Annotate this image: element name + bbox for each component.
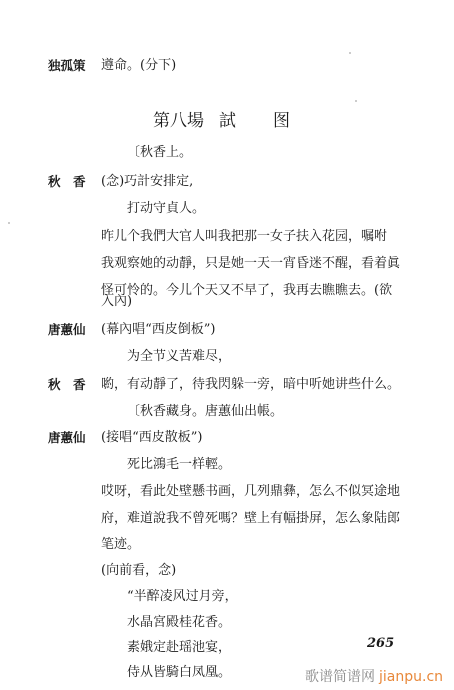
poem-line: “半醉凌风过月旁， bbox=[127, 589, 238, 605]
watermark-site: 歌谱简谱网 bbox=[305, 669, 375, 685]
dialogue-line: 喲，有动靜了，待我閃躲一旁，暗中听她讲些什么。 bbox=[101, 377, 400, 393]
dialogue-line: (接唱“西皮散板”) bbox=[101, 430, 202, 446]
stage-direction: 〔秋香上。 bbox=[127, 145, 192, 161]
speaker-name: 秋 香 bbox=[48, 377, 86, 393]
dialogue-line: 死比鴻毛一样輕。 bbox=[127, 457, 231, 473]
scan-speck bbox=[355, 100, 357, 102]
dialogue-line: 打动守貞人。 bbox=[127, 201, 205, 217]
dialogue-line: (念)巧計安排定, bbox=[101, 174, 193, 190]
watermark: 歌谱简谱网jianpu.cn bbox=[305, 666, 443, 686]
dialogue-line: 府，难道說我不曾死嗎？壁上有幅掛屏，怎么象陆郎 bbox=[101, 511, 400, 527]
dialogue-line: 哎呀，看此处壁懸书画，几列鼎彝，怎么不似冥途地 bbox=[101, 484, 400, 500]
speaker-name: 秋 香 bbox=[48, 174, 86, 190]
dialogue-line: (向前看，念) bbox=[101, 563, 176, 579]
page-number: 265 bbox=[367, 636, 394, 651]
watermark-url: jianpu.cn bbox=[379, 669, 443, 685]
dialogue-line: 怪可怜的。今儿个天又不早了，我再去瞧瞧去。(欲 bbox=[101, 283, 392, 299]
poem-line: 素娥定赴瑶池宴， bbox=[127, 640, 231, 656]
scan-speck bbox=[349, 52, 351, 54]
poem-line: 水晶宮殿桂花香。 bbox=[127, 615, 231, 631]
dialogue-line: 为全节义苦难尽， bbox=[127, 349, 231, 365]
scene-title-word: 試 bbox=[219, 110, 236, 132]
stage-direction: 〔秋香藏身。唐蕙仙出帳。 bbox=[127, 404, 283, 420]
dialogue-line: 入內) bbox=[101, 294, 132, 310]
scan-speck bbox=[8, 222, 10, 224]
dialogue-line: 遵命。(分下) bbox=[101, 58, 176, 74]
poem-line: 侍从皆騎白凤凰。 bbox=[127, 665, 231, 681]
dialogue-line: 我观察她的动靜，只是她一天一宵昏迷不醒，看着眞 bbox=[101, 256, 400, 272]
dialogue-line: 昨儿个我們大官人叫我把那一女子扶入花园，嘱咐 bbox=[101, 229, 387, 245]
scene-number: 第八場 bbox=[153, 110, 204, 132]
speaker-name: 唐蕙仙 bbox=[48, 430, 86, 446]
dialogue-line: (幕內唱“西皮倒板”) bbox=[101, 322, 215, 338]
scene-title-word: 图 bbox=[273, 110, 290, 132]
speaker-name: 独孤策 bbox=[48, 58, 86, 74]
dialogue-line: 笔迹。 bbox=[101, 537, 140, 553]
speaker-name: 唐蕙仙 bbox=[48, 322, 86, 338]
